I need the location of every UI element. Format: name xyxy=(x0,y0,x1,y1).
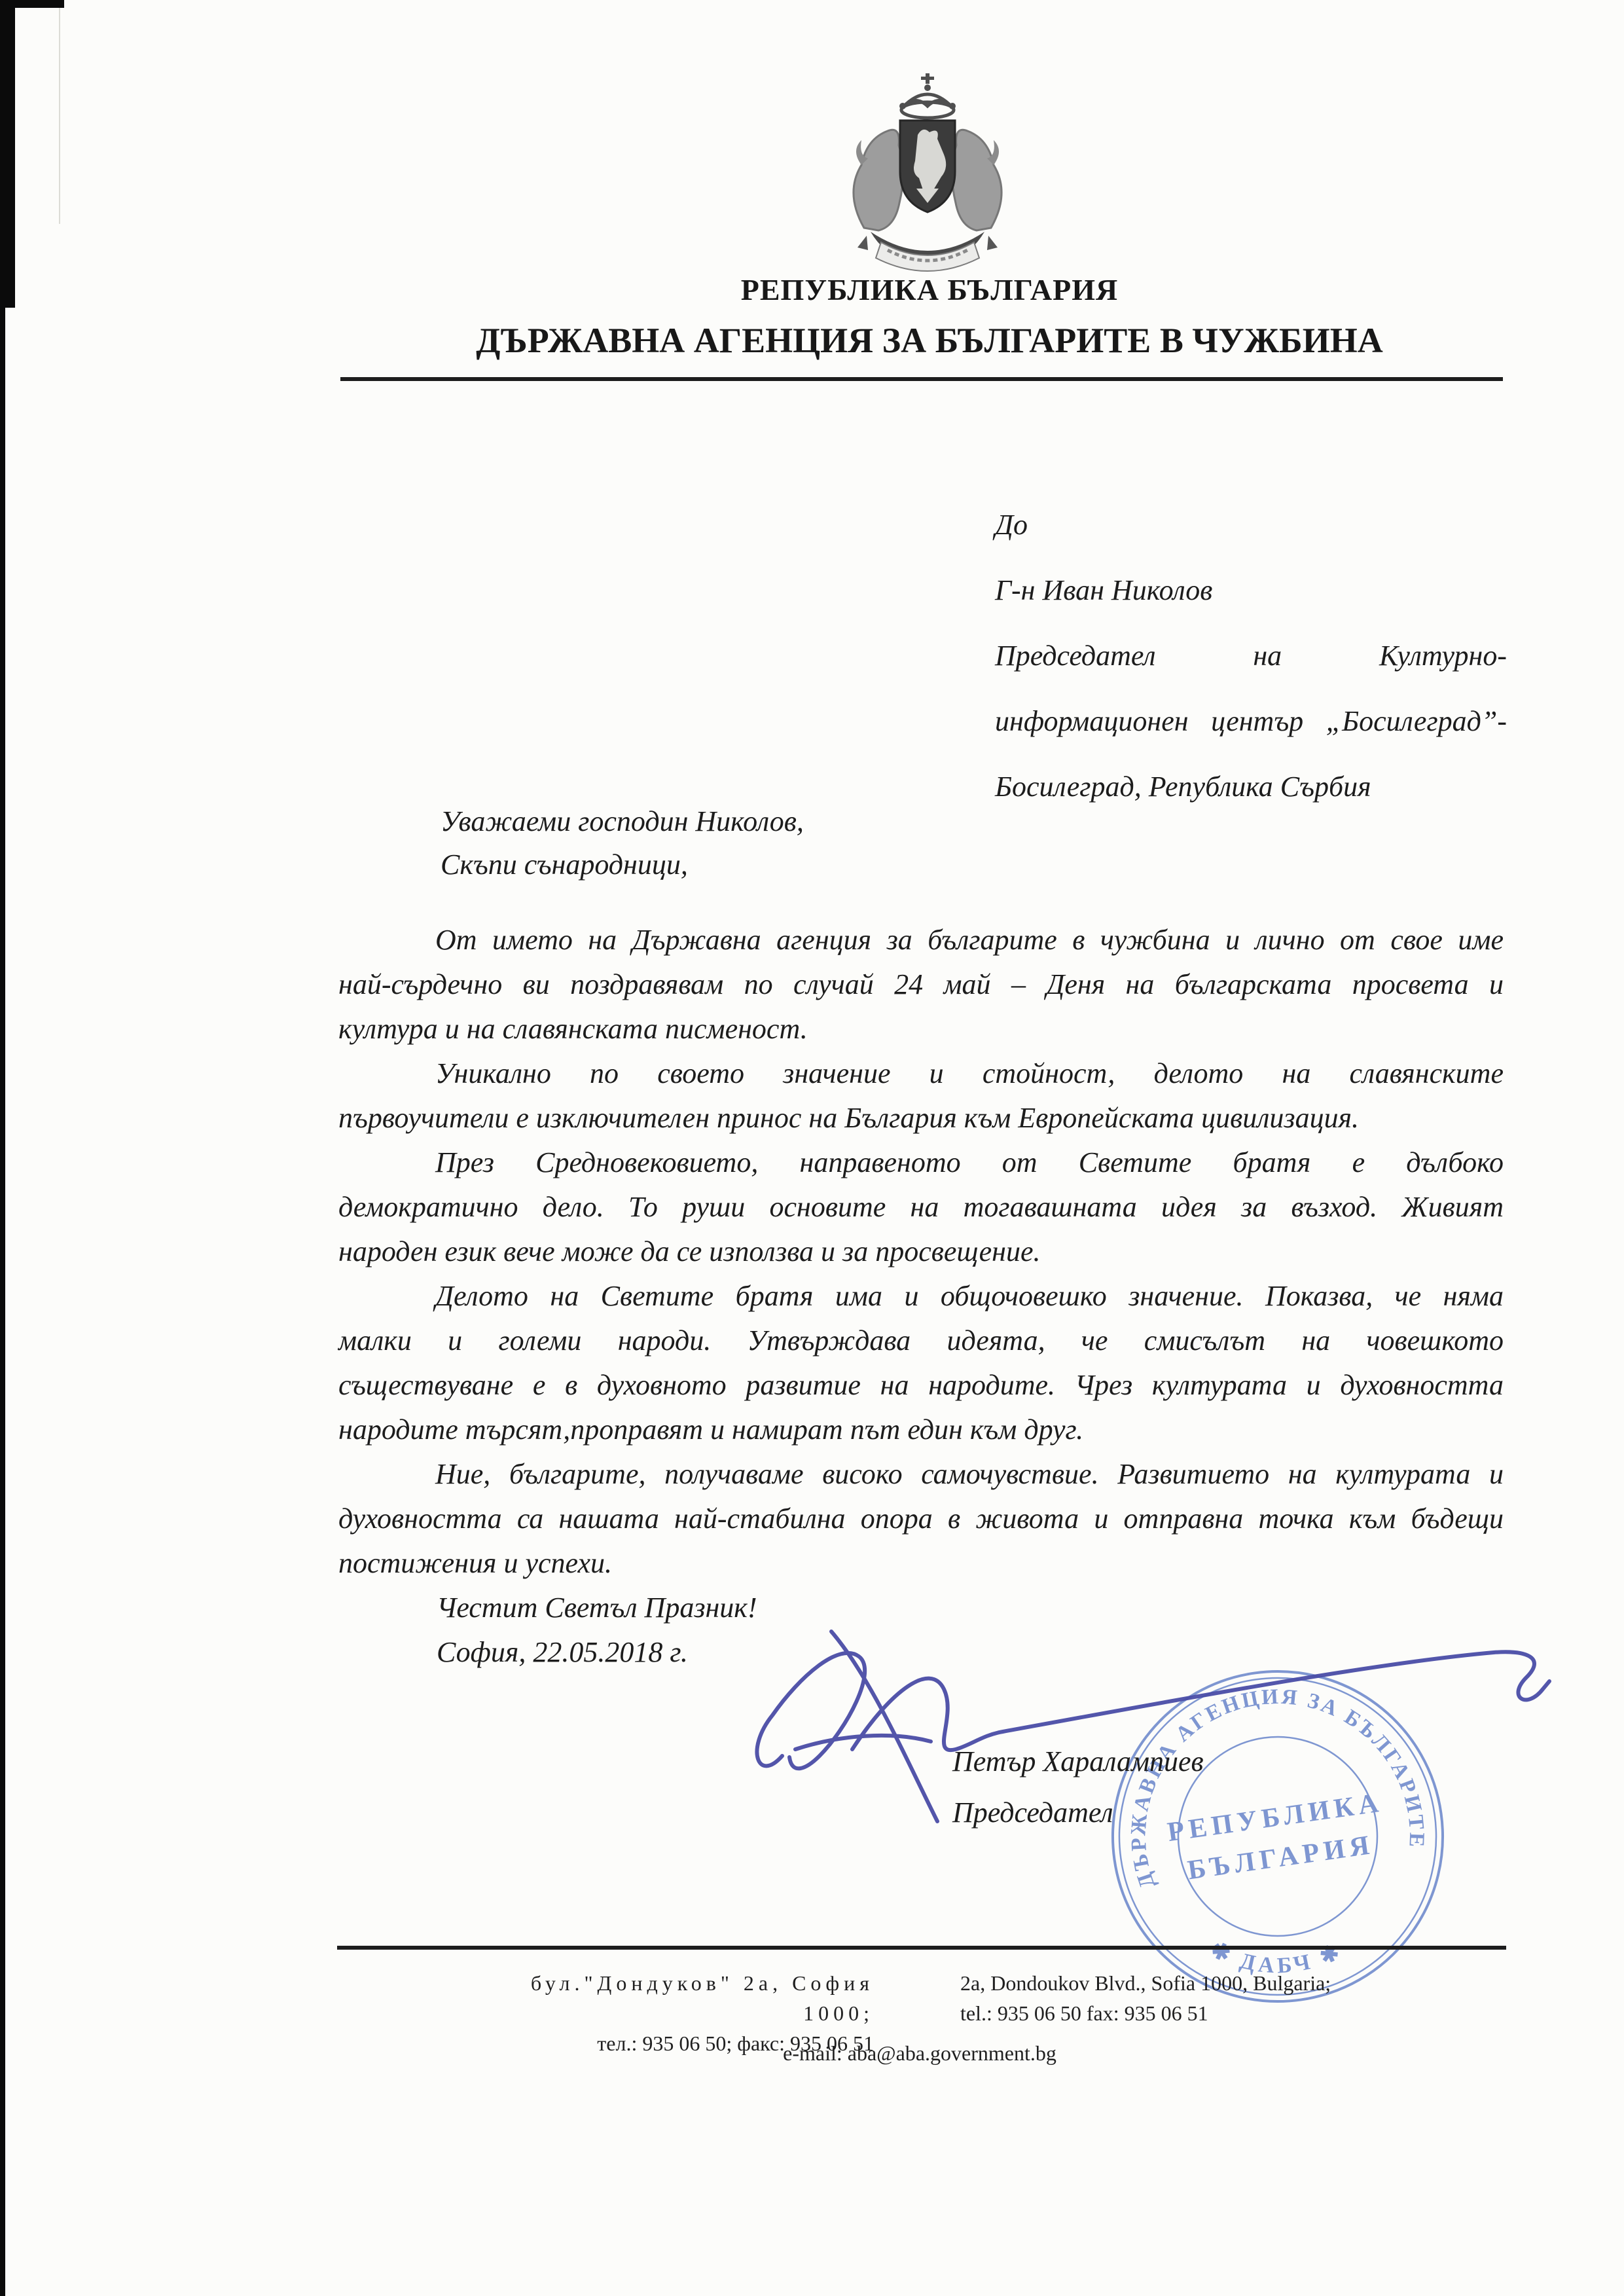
header-divider xyxy=(340,377,1503,381)
body-line: малки и големи народи. Утвърждава идеята… xyxy=(338,1319,1504,1363)
body-line: народен език вече може да се използва и … xyxy=(338,1230,1504,1274)
body-line: съществуване е в духовното развитие на н… xyxy=(338,1363,1504,1408)
recipient-line: информационен център „Босилеград”- xyxy=(995,689,1507,754)
handwritten-signature xyxy=(720,1584,1578,1846)
body-line: Делото на Светите братя има и общочовешк… xyxy=(338,1274,1504,1319)
body-line: култура и на славянската писменост. xyxy=(338,1007,1504,1051)
footer-address-en-line1: 2a, Dondoukov Blvd., Sofia 1000, Bulgari… xyxy=(960,1968,1331,1998)
crown-icon xyxy=(899,73,956,118)
footer-address-en: 2a, Dondoukov Blvd., Sofia 1000, Bulgari… xyxy=(960,1968,1331,2028)
body-line: народите търсят,проправят и намират път … xyxy=(338,1408,1504,1452)
scan-edge-artifact xyxy=(0,0,15,308)
letter-body: От името на Държавна агенция за българит… xyxy=(338,918,1504,1675)
body-line: Ние, българите, получаваме високо самочу… xyxy=(338,1452,1504,1497)
body-line: Уникално по своето значение и стойност, … xyxy=(338,1051,1504,1096)
letterhead-agency: ДЪРЖАВНА АГЕНЦИЯ ЗА БЪЛГАРИТЕ В ЧУЖБИНА xyxy=(337,320,1522,361)
body-line: От името на Държавна агенция за българит… xyxy=(338,918,1504,962)
recipient-line: Г-н Иван Николов xyxy=(995,558,1507,623)
body-line: През Средновековието, направеното от Све… xyxy=(338,1140,1504,1185)
footer-address-en-line2: tel.: 935 06 50 fax: 935 06 51 xyxy=(960,1998,1331,2028)
recipient-line: Председател на Културно- xyxy=(995,623,1507,689)
supporter-lion-left xyxy=(854,130,903,230)
salutation-line: Скъпи сънародници, xyxy=(441,843,804,886)
recipient-line: Босилеград, Република Сърбия xyxy=(995,754,1507,820)
coat-of-arms-of-bulgaria xyxy=(833,72,1022,282)
salutation-block: Уважаеми господин Николов, Скъпи сънарод… xyxy=(441,800,804,886)
letterhead-country: РЕПУБЛИКА БЪЛГАРИЯ xyxy=(337,272,1522,307)
body-line: най-сърдечно ви поздравявам по случай 24… xyxy=(338,962,1504,1007)
body-line: първоучители е изключителен принос на Бъ… xyxy=(338,1096,1504,1140)
scanned-letter-page: РЕПУБЛИКА БЪЛГАРИЯ ДЪРЖАВНА АГЕНЦИЯ ЗА Б… xyxy=(0,0,1624,2296)
supporter-lion-right xyxy=(952,130,1001,230)
body-line: постижения и успехи. xyxy=(338,1541,1504,1586)
scan-page-edge xyxy=(59,8,60,224)
salutation-line: Уважаеми господин Николов, xyxy=(441,800,804,843)
footer-address-bg-line1: бул."Дондуков" 2а, София 1000; xyxy=(452,1968,874,2028)
recipient-line: До xyxy=(995,492,1507,558)
letterhead: РЕПУБЛИКА БЪЛГАРИЯ ДЪРЖАВНА АГЕНЦИЯ ЗА Б… xyxy=(337,272,1522,361)
footer-email: e-mail: aba@aba.government.bg xyxy=(337,2041,1502,2066)
shield xyxy=(900,120,955,212)
scan-edge-artifact xyxy=(0,0,5,2296)
recipient-block: До Г-н Иван Николов Председател на Култу… xyxy=(995,492,1507,820)
body-line: духовността са нашата най-стабилна опора… xyxy=(338,1497,1504,1541)
scan-edge-artifact xyxy=(0,0,64,8)
body-line: демократично дело. То руши основите на т… xyxy=(338,1185,1504,1230)
footer-divider xyxy=(337,1946,1506,1950)
